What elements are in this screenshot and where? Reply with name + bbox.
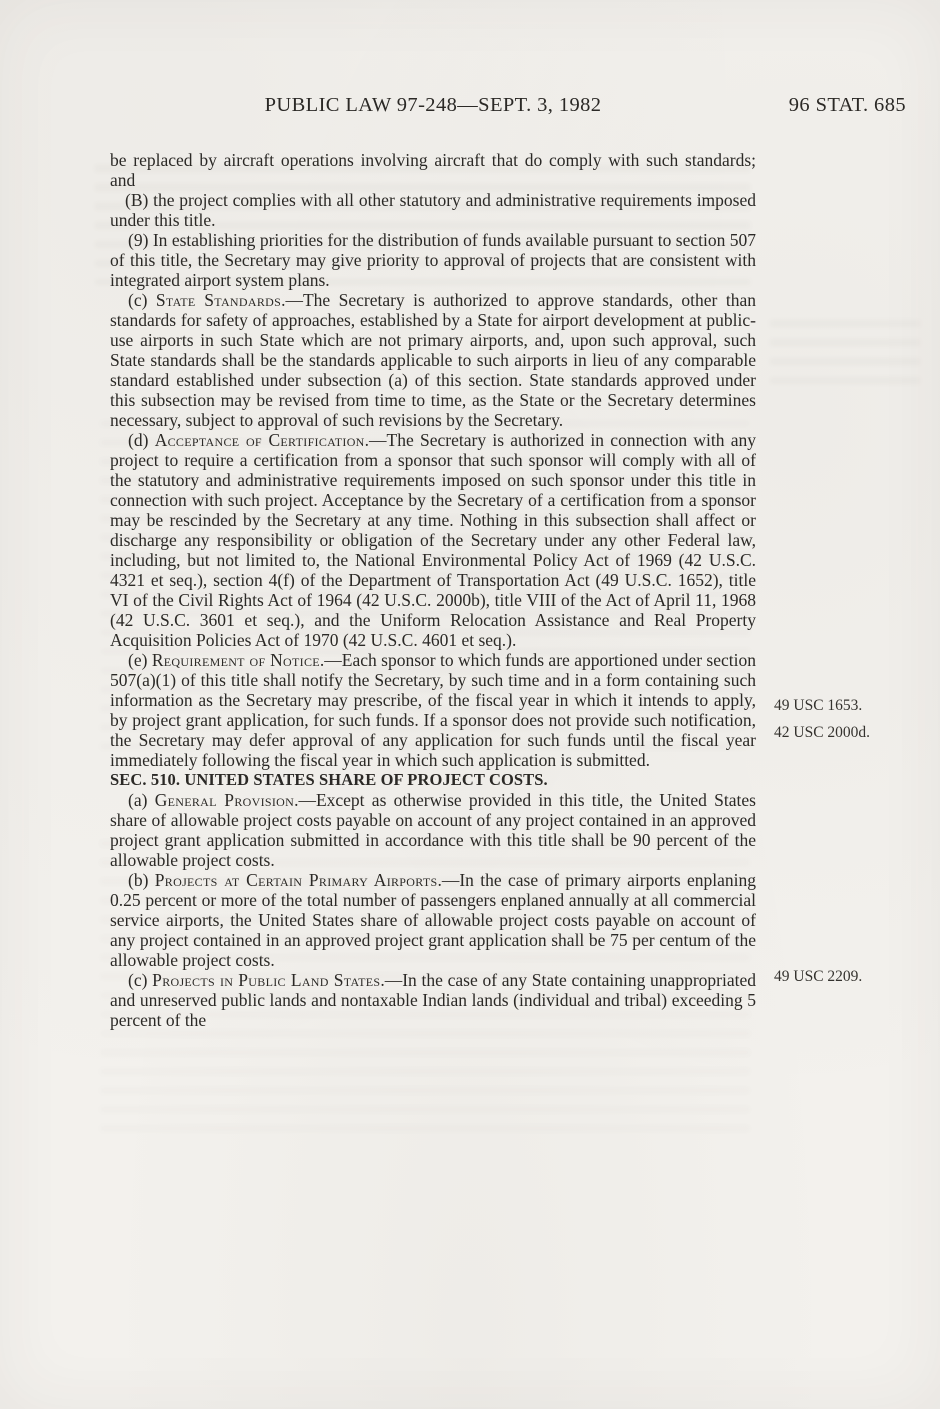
statute-scan-page: PUBLIC LAW 97-248—SEPT. 3, 1982 96 STAT.… [0,0,940,1409]
text-run: (c) [128,970,152,990]
text-run: (a) [128,790,155,810]
paragraph: (a) General Provision.—Except as otherwi… [110,790,756,870]
statute-text-column: be replaced by aircraft operations invol… [110,150,756,1030]
text-run: Acceptance of Certification [155,430,365,450]
text-run: General Provision [155,790,294,810]
margin-note-usc-citation: 49 USC 1653. [774,696,924,715]
paragraph: (d) Acceptance of Certification.—The Sec… [110,430,756,650]
margin-note-usc-citation: 42 USC 2000d. [774,723,924,742]
paragraph: (9) In establishing priorities for the d… [110,230,756,290]
text-run: SEC. 510. UNITED STATES SHARE OF PROJECT… [110,770,548,789]
text-run: (b) [128,870,155,890]
text-run: State Standards [156,290,281,310]
text-run: .—The Secretary is authorized in connect… [110,430,756,650]
text-run: (e) [128,650,152,670]
text-run: (c) [128,290,156,310]
text-run: Projects in Public Land States [152,970,380,990]
bleed-through-artifact [770,320,920,395]
paragraph: be replaced by aircraft operations invol… [110,150,756,190]
text-run: (d) [128,430,155,450]
running-header: PUBLIC LAW 97-248—SEPT. 3, 1982 96 STAT.… [110,94,906,122]
text-run: (9) In establishing priorities for the d… [110,230,756,290]
margin-note-usc-citation: 49 USC 2209. [774,967,924,986]
paragraph: (c) State Standards.—The Secretary is au… [110,290,756,430]
text-run: (B) the project complies with all other … [110,190,756,230]
section-heading: SEC. 510. UNITED STATES SHARE OF PROJECT… [110,770,756,790]
paragraph: (b) Projects at Certain Primary Airports… [110,870,756,970]
text-run: .—The Secretary is authorized to approve… [110,290,756,430]
text-run: Requirement of Notice [152,650,320,670]
paragraph: (B) the project complies with all other … [110,190,756,230]
law-title: PUBLIC LAW 97-248—SEPT. 3, 1982 [110,94,756,117]
text-run: Projects at Certain Primary Airports [155,870,438,890]
text-run: be replaced by aircraft operations invol… [110,150,756,190]
statute-page-number: 96 STAT. 685 [706,94,906,117]
paragraph: (e) Requirement of Notice.—Each sponsor … [110,650,756,770]
paragraph: (c) Projects in Public Land States.—In t… [110,970,756,1030]
